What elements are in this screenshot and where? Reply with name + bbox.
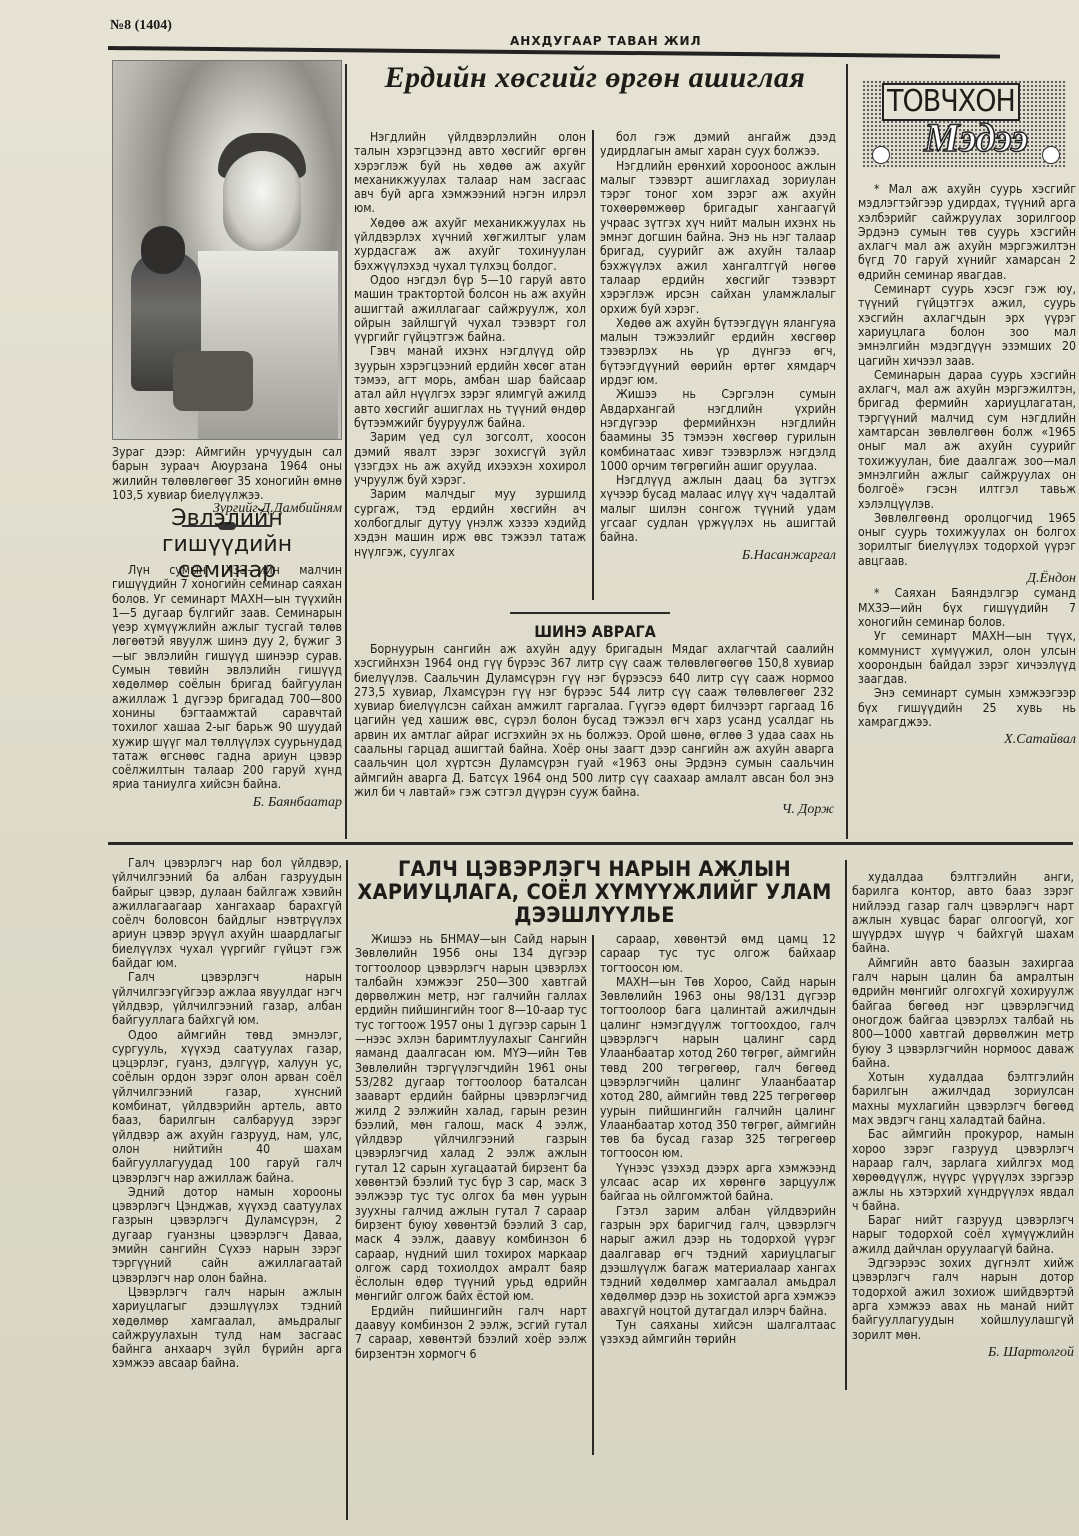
article-erdiin-col2: бол гэж дэмий ангайж дээд удирдлагын амы… [600, 130, 836, 563]
paragraph: Лүн сумын ХЗЭ—ийн малчин гишүүдийн 7 хон… [112, 563, 342, 792]
paragraph: Жишээ нь Сэргэлэн сумын Авдархангай нэгд… [600, 387, 836, 473]
column-rule [846, 64, 848, 839]
paragraph: Семинарт суурь хэсэг гэж юу, түүний гүйц… [858, 282, 1076, 368]
paragraph: Борнуурын сангийн аж ахуйн адуу бригадын… [354, 642, 834, 799]
paragraph: Галч цэвэрлэгч нарын үйлчилгээгүйгээр аж… [112, 970, 342, 1027]
column-rule [346, 860, 348, 1520]
paragraph: Аймгийн авто баазын захиргаа галч нарын … [852, 956, 1074, 1070]
paragraph: Хотын худалдаа бэлтгэлийн барилгын ажилч… [852, 1070, 1074, 1127]
newspaper-page: №8 (1404) АНХДУГААР ТАВАН ЖИЛ Зураг дээр… [0, 0, 1079, 1536]
paragraph: Одоо нэгдэл бүр 5—10 гаруй авто машин тр… [354, 273, 586, 344]
column-rule [845, 860, 847, 1390]
byline: Б. Шартолгой [852, 1346, 1074, 1360]
paragraph: Нэгдлүүд ажлын даац ба зүтгэх хүчээр бус… [600, 473, 836, 544]
article-erdiin-col1: Нэгдлийн үйлдвэрлэлийн олон талын хэрэгц… [354, 130, 586, 559]
paragraph: Нэгдлийн ерөнхий хорооноос ажлын малыг т… [600, 159, 836, 316]
paragraph: Зарим үед сул зогсолт, хоосон дэмий явал… [354, 430, 586, 487]
paragraph: Хөдөө аж ахуйг механикжуулах нь үйлдвэрл… [354, 216, 586, 273]
paragraph: Уг семинарт МАХН—ын түүх, коммунист хүмү… [858, 629, 1076, 686]
paragraph: Галч цэвэрлэгч нар бол үйлдвэр, үйлчилгэ… [112, 856, 342, 970]
paragraph: МАХН—ын Төв Хороо, Сайд нарын Зөвлөлийн … [600, 975, 836, 1161]
paragraph: Эдний дотор намын хорооны цэвэрлэгч Цэнд… [112, 1185, 342, 1285]
byline: Х.Сатайвал [858, 733, 1076, 747]
paragraph: Жишээ нь БНМАУ—ын Сайд нарын Зөвлөлийн 1… [355, 932, 587, 1304]
paragraph: Ердийн пийшингийн галч нарт даавуу комби… [355, 1304, 587, 1361]
paragraph: сараар, хөвөнтэй өмд цамц 12 сараар тус … [600, 932, 836, 975]
paragraph: * Мал аж ахуйн суурь хэсгийг мэдлэгтэйгэ… [858, 182, 1076, 282]
column-rule [592, 935, 594, 1455]
paragraph: Бас аймгийн прокурор, намын хороо зэрэг … [852, 1127, 1074, 1213]
photo-child-head [141, 226, 185, 274]
article-avarga-body: Борнуурын сангийн аж ахуйн адуу бригадын… [354, 642, 834, 818]
running-title: АНХДУГААР ТАВАН ЖИЛ [510, 34, 702, 48]
tovchkhon-body: * Мал аж ахуйн суурь хэсгийг мэдлэгтэйгэ… [858, 182, 1076, 748]
photo-figure-head [223, 151, 301, 251]
paragraph: Гэвч манай ихэнх нэгдлүүд ойр зуурын хэр… [354, 344, 586, 430]
paragraph: * Саяхан Баяндэлгэр суманд МХЗЭ—ийн бүх … [858, 586, 1076, 629]
article-galch-col2: Жишээ нь БНМАУ—ын Сайд нарын Зөвлөлийн 1… [355, 932, 587, 1361]
headline-galch: ГАЛЧ ЦЭВЭРЛЭГЧ НАРЫН АЖЛЫН ХАРИУЦЛАГА, С… [352, 858, 837, 927]
paragraph: Семинарын дараа суурь хэсгийн ахлагч, ма… [858, 368, 1076, 511]
headline-erdiin: Ердийн хөсгийг өргөн ашиглая [350, 62, 840, 94]
section-rule [108, 842, 1073, 845]
logo-circle [872, 146, 890, 164]
paragraph: Бараг нийт газрууд цэвэрлэгч нарыг тодор… [852, 1213, 1074, 1256]
article-seminar-body: Лүн сумын ХЗЭ—ийн малчин гишүүдийн 7 хон… [112, 563, 342, 810]
paragraph: бол гэж дэмий ангайж дээд удирдлагын амы… [600, 130, 836, 159]
byline: Б. Баянбаатар [112, 796, 342, 810]
paragraph: Эдгээрээс зохих дүгнэлт хийж цэвэрлэгч г… [852, 1256, 1074, 1342]
byline: Ч. Дорж [354, 803, 834, 817]
paragraph: худалдаа бэлтгэлийн анги, барилга контор… [852, 870, 1074, 956]
photo-herder-with-child [112, 60, 342, 440]
article-galch-col4: худалдаа бэлтгэлийн анги, барилга контор… [852, 870, 1074, 1360]
column-rule [345, 64, 347, 839]
byline: Б.Насанжаргал [600, 549, 836, 563]
paragraph: Энэ семинарт сумын хэмжээгээр бүх гишүүд… [858, 686, 1076, 729]
paragraph: Гэтэл зарим албан үйлдвэрийн газрын эрх … [600, 1204, 836, 1318]
photo-hands [173, 351, 253, 411]
paragraph: Нэгдлийн үйлдвэрлэлийн олон талын хэрэгц… [354, 130, 586, 216]
paragraph: Одоо аймгийн төвд эмнэлэг, сургууль, хүү… [112, 1028, 342, 1185]
ornament-divider [510, 612, 670, 614]
column-rule [592, 130, 594, 600]
caption-text: Зураг дээр: Аймгийн урчуудын сал барын з… [112, 445, 342, 502]
logo-circle [1042, 146, 1060, 164]
paragraph: Зөвлөлгөөнд оролцогчид 1965 оныг суурь т… [858, 511, 1076, 568]
tovchkhon-medee-logo: ТОВЧХОН Мэдээ [862, 80, 1067, 168]
issue-number: №8 (1404) [110, 18, 172, 34]
paragraph: Тун саяханы хийсэн шалгалтаас үзэхэд айм… [600, 1318, 836, 1347]
paragraph: Хөдөө аж ахуйн бүтээгдүүн ялангуяа малын… [600, 316, 836, 387]
article-galch-col3: сараар, хөвөнтэй өмд цамц 12 сараар тус … [600, 932, 836, 1347]
logo-script-text: Мэдээ [924, 116, 1028, 160]
paragraph: Цэвэрлэгч галч нарын ажлын хариуцлагыг д… [112, 1285, 342, 1371]
paragraph: Зарим малчдыг муу зуршилд сургаж, тэд ер… [354, 487, 586, 558]
paragraph: Үүнээс үзэхэд дээрх арга хэмжээнд улсаас… [600, 1161, 836, 1204]
headline-avarga: ШИНЭ АВРАГА [350, 622, 840, 641]
byline: Д.Ёндон [858, 572, 1076, 586]
article-galch-col1: Галч цэвэрлэгч нар бол үйлдвэр, үйлчилгэ… [112, 856, 342, 1371]
